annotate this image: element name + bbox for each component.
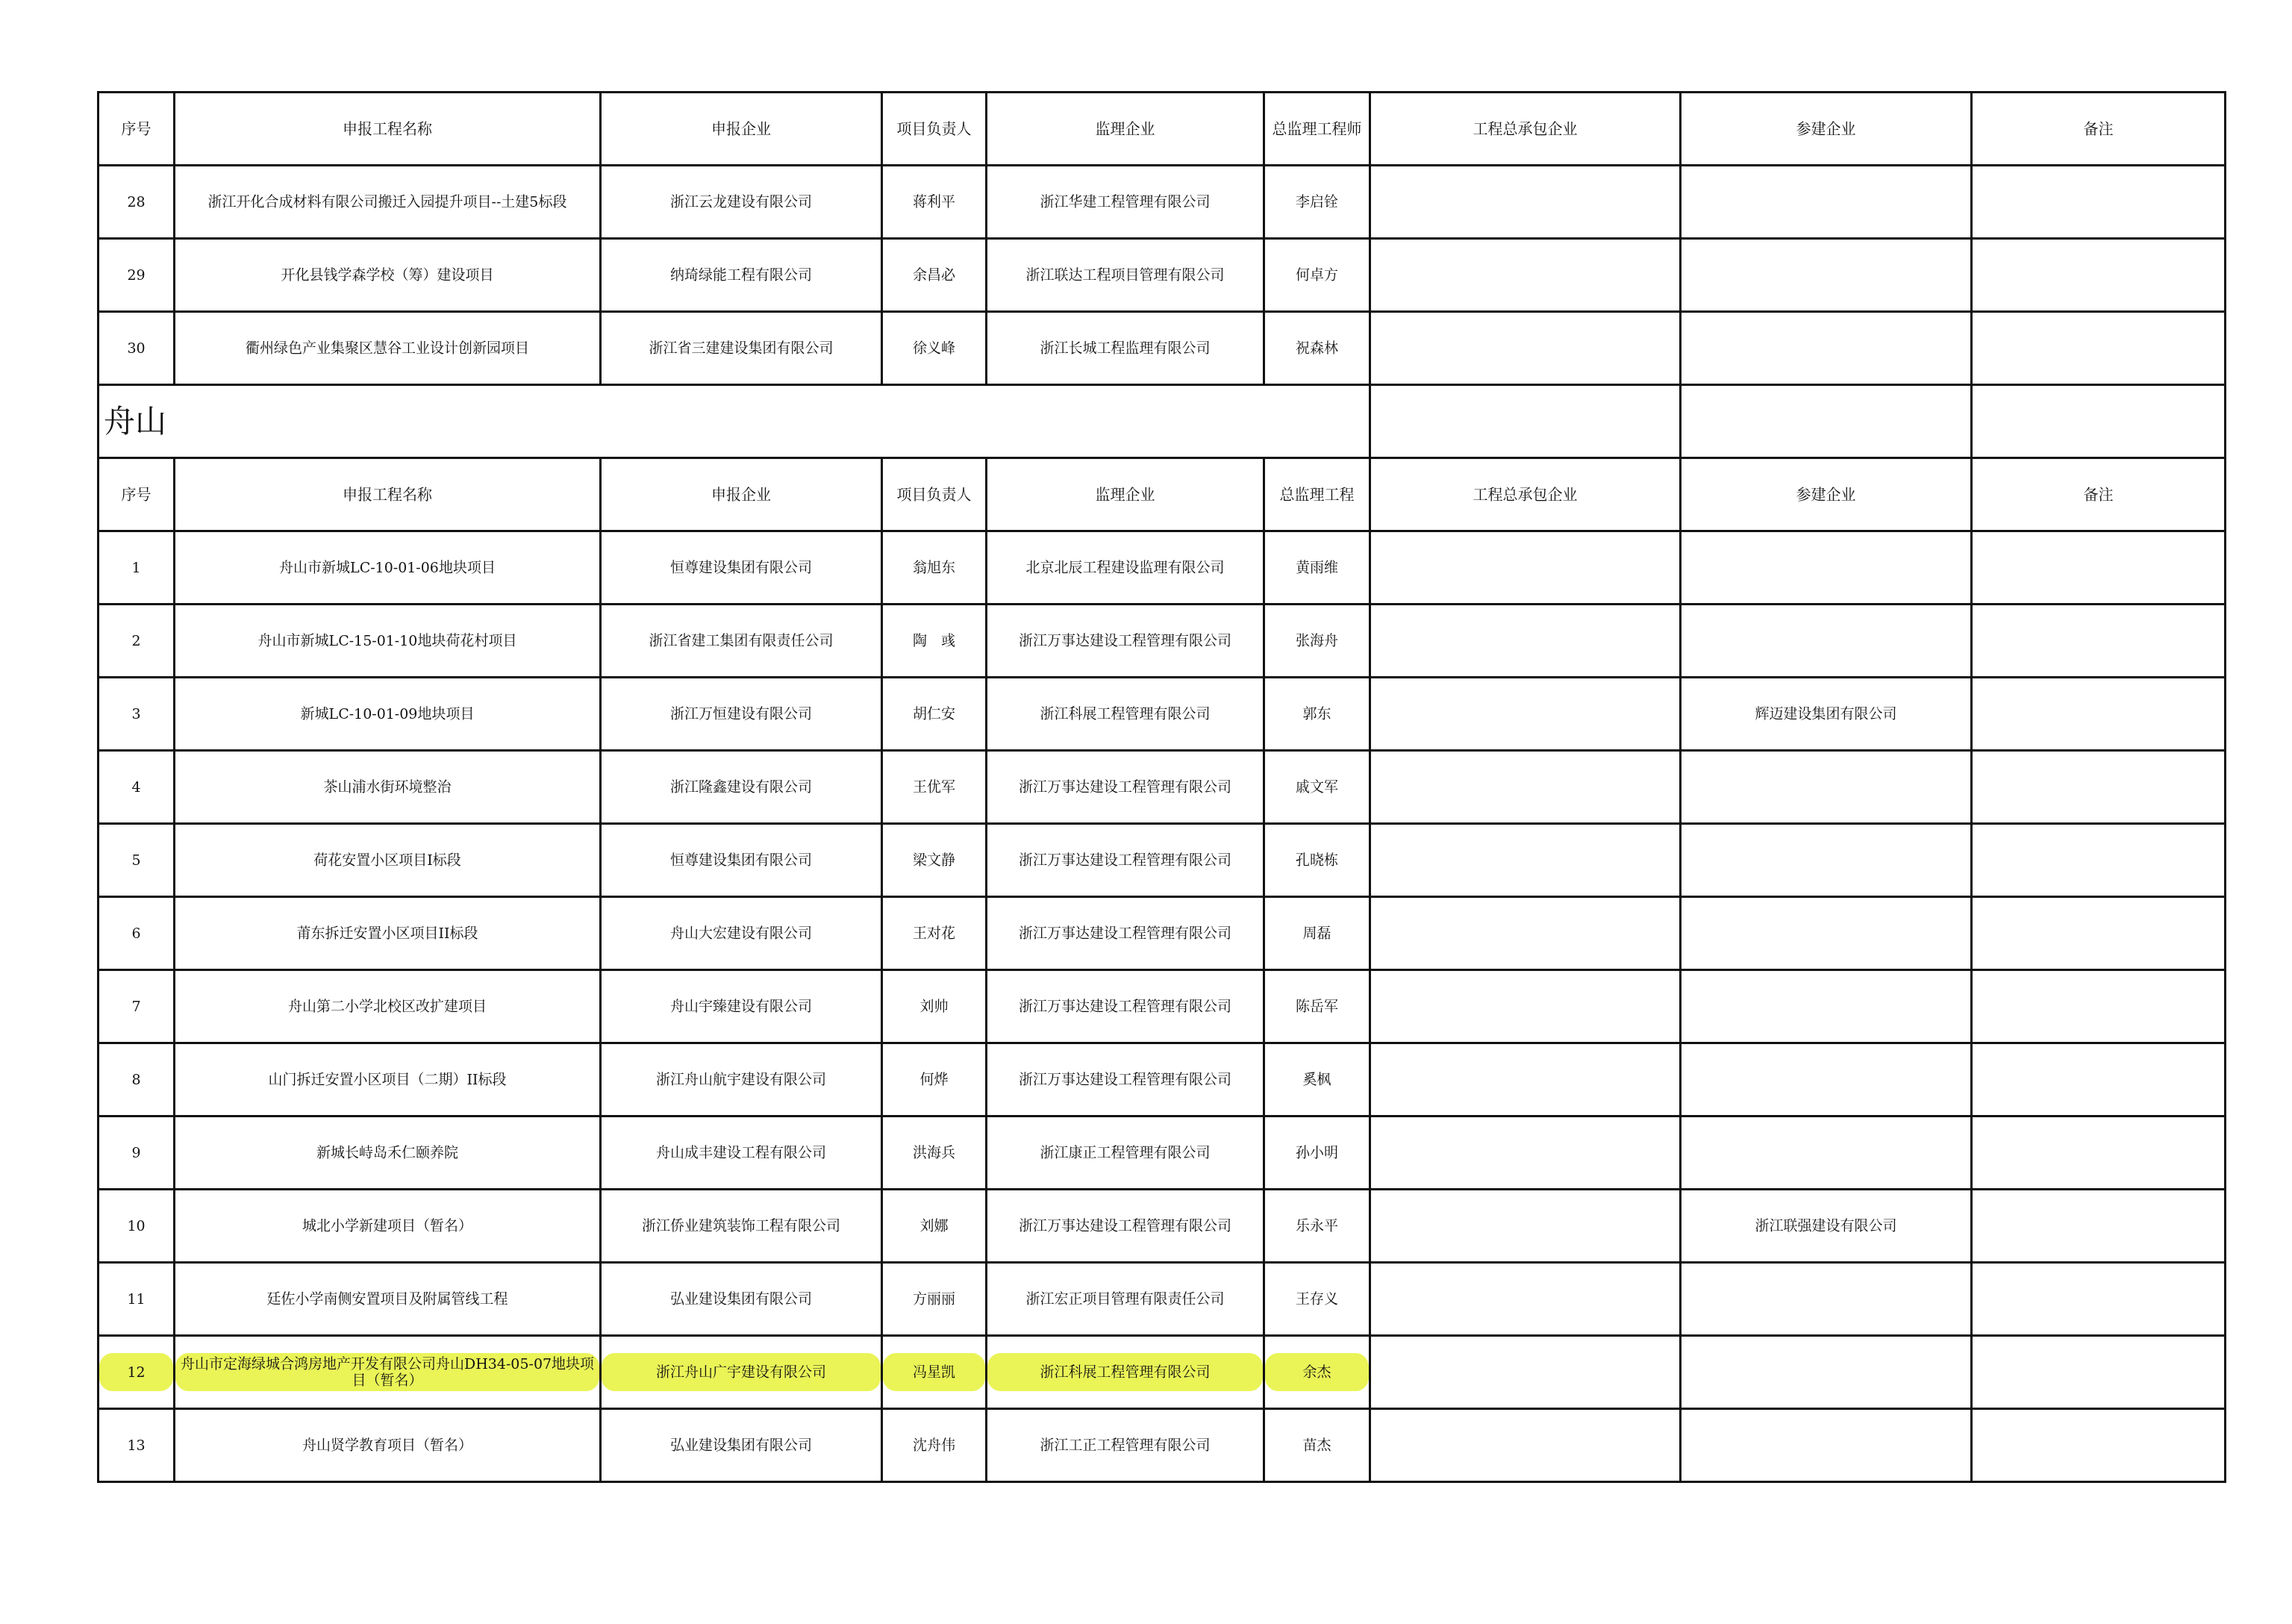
header-manager: 项目负责人 <box>882 93 987 166</box>
cell-manager: 何烨 <box>882 1043 987 1116</box>
cell-seq: 11 <box>99 1263 175 1336</box>
applicant-text: 弘业建设集团有限公司 <box>670 1437 812 1454</box>
cell-epc-contractor <box>1370 1116 1681 1190</box>
cell-remark <box>1972 605 2226 678</box>
supervisor-text: 浙江万事达建设工程管理有限公司 <box>1019 852 1231 869</box>
seq-text: 29 <box>127 267 145 284</box>
cell-manager: 陶 彧 <box>882 605 987 678</box>
cell-supervisor: 浙江万事达建设工程管理有限公司 <box>987 897 1264 970</box>
cell-supervisor: 浙江万事达建设工程管理有限公司 <box>987 751 1264 824</box>
cell-seq: 2 <box>99 605 175 678</box>
applicant-text: 弘业建设集团有限公司 <box>670 1291 812 1308</box>
cell-epc-contractor <box>1370 1190 1681 1263</box>
supervisor-text: 浙江科展工程管理有限公司 <box>1040 706 1210 722</box>
chief-engineer-text: 孔晓栋 <box>1296 852 1338 869</box>
seq-text: 4 <box>131 779 140 796</box>
supervisor-text: 浙江万事达建设工程管理有限公司 <box>1019 925 1231 942</box>
applicant-text: 舟山成丰建设工程有限公司 <box>656 1145 826 1161</box>
cell-seq: 6 <box>99 897 175 970</box>
chief-engineer-text: 孙小明 <box>1296 1145 1338 1161</box>
cell-remark <box>1972 1116 2226 1190</box>
supervisor-text: 浙江万事达建设工程管理有限公司 <box>1019 1072 1231 1088</box>
cell-project-name: 舟山市新城LC-10-01-06地块项目 <box>175 531 601 605</box>
chief-engineer-text: 何卓方 <box>1296 267 1338 284</box>
cell-remark <box>1972 678 2226 751</box>
table-row: 1舟山市新城LC-10-01-06地块项目恒尊建设集团有限公司翁旭东北京北辰工程… <box>99 531 2226 605</box>
manager-text: 梁文静 <box>913 852 955 869</box>
cell-remark <box>1972 824 2226 897</box>
cell-partner <box>1681 1336 1972 1409</box>
cell-epc-contractor <box>1370 531 1681 605</box>
table-row: 3新城LC-10-01-09地块项目浙江万恒建设有限公司胡仁安浙江科展工程管理有… <box>99 678 2226 751</box>
project-name-text: 新城LC-10-01-09地块项目 <box>301 706 475 722</box>
cell-remark <box>1972 531 2226 605</box>
cell-applicant: 弘业建设集团有限公司 <box>601 1263 882 1336</box>
applicant-text: 浙江舟山广宇建设有限公司 <box>656 1364 826 1381</box>
cell-remark <box>1972 239 2226 312</box>
cell-partner: 浙江联强建设有限公司 <box>1681 1190 1972 1263</box>
header-applicant: 申报企业 <box>601 93 882 166</box>
cell-chief-engineer: 何卓方 <box>1264 239 1370 312</box>
partner-text: 辉迈建设集团有限公司 <box>1755 706 1896 722</box>
cell-manager: 刘帅 <box>882 970 987 1043</box>
manager-text: 王优军 <box>913 779 955 796</box>
applicant-text: 浙江侨业建筑装饰工程有限公司 <box>642 1218 840 1234</box>
header-supervisor: 监理企业 <box>987 458 1264 531</box>
cell-chief-engineer: 奚枫 <box>1264 1043 1370 1116</box>
manager-text: 蒋利平 <box>913 194 955 210</box>
header-seq: 序号 <box>99 458 175 531</box>
cell-partner: 辉迈建设集团有限公司 <box>1681 678 1972 751</box>
table-row: 2舟山市新城LC-15-01-10地块荷花村项目浙江省建工集团有限责任公司陶 彧… <box>99 605 2226 678</box>
header-project-name: 申报工程名称 <box>175 93 601 166</box>
cell-manager: 蒋利平 <box>882 166 987 239</box>
supervisor-text: 浙江宏正项目管理有限责任公司 <box>1025 1291 1224 1308</box>
empty-cell <box>1370 385 1681 458</box>
cell-manager: 洪海兵 <box>882 1116 987 1190</box>
applicant-text: 浙江隆鑫建设有限公司 <box>670 779 812 796</box>
seq-text: 9 <box>131 1145 140 1161</box>
cell-manager: 胡仁安 <box>882 678 987 751</box>
table-row: 9新城长峙岛禾仁颐养院舟山成丰建设工程有限公司洪海兵浙江康正工程管理有限公司孙小… <box>99 1116 2226 1190</box>
cell-partner <box>1681 970 1972 1043</box>
cell-applicant: 舟山成丰建设工程有限公司 <box>601 1116 882 1190</box>
project-name-text: 山门拆迁安置小区项目（二期）II标段 <box>268 1072 506 1088</box>
supervisor-text: 浙江工正工程管理有限公司 <box>1040 1437 1210 1454</box>
cell-project-name: 茶山浦水街环境整治 <box>175 751 601 824</box>
cell-supervisor: 浙江联达工程项目管理有限公司 <box>987 239 1264 312</box>
cell-seq: 8 <box>99 1043 175 1116</box>
cell-applicant: 纳琦绿能工程有限公司 <box>601 239 882 312</box>
cell-chief-engineer: 祝森林 <box>1264 312 1370 385</box>
cell-epc-contractor <box>1370 605 1681 678</box>
cell-remark <box>1972 1043 2226 1116</box>
cell-remark <box>1972 897 2226 970</box>
applicant-text: 浙江省建工集团有限责任公司 <box>649 633 833 649</box>
cell-remark <box>1972 1409 2226 1482</box>
cell-chief-engineer: 郭东 <box>1264 678 1370 751</box>
chief-engineer-text: 郭东 <box>1302 706 1331 722</box>
project-name-text: 舟山贤学教育项目（暂名） <box>302 1437 472 1454</box>
cell-manager: 徐义峰 <box>882 312 987 385</box>
cell-project-name: 舟山第二小学北校区改扩建项目 <box>175 970 601 1043</box>
cell-project-name: 舟山贤学教育项目（暂名） <box>175 1409 601 1482</box>
applicant-text: 舟山宇臻建设有限公司 <box>670 999 812 1015</box>
seq-text: 5 <box>131 852 140 869</box>
cell-epc-contractor <box>1370 970 1681 1043</box>
cell-chief-engineer: 苗杰 <box>1264 1409 1370 1482</box>
chief-engineer-text: 李启铨 <box>1296 194 1338 210</box>
cell-applicant: 浙江云龙建设有限公司 <box>601 166 882 239</box>
cell-project-name: 衢州绿色产业集聚区慧谷工业设计创新园项目 <box>175 312 601 385</box>
cell-seq: 9 <box>99 1116 175 1190</box>
chief-engineer-text: 陈岳军 <box>1296 999 1338 1015</box>
seq-text: 30 <box>127 340 145 357</box>
cell-supervisor: 浙江科展工程管理有限公司 <box>987 1336 1264 1409</box>
project-name-text: 开化县钱学森学校（筹）建设项目 <box>281 267 493 284</box>
cell-seq: 5 <box>99 824 175 897</box>
cell-applicant: 浙江省三建建设集团有限公司 <box>601 312 882 385</box>
cell-applicant: 恒尊建设集团有限公司 <box>601 531 882 605</box>
cell-project-name: 舟山市定海绿城合鸿房地产开发有限公司舟山DH34-05-07地块项目（暂名） <box>175 1336 601 1409</box>
applicant-text: 浙江省三建建设集团有限公司 <box>649 340 833 357</box>
header-project-name: 申报工程名称 <box>175 458 601 531</box>
cell-chief-engineer: 王存义 <box>1264 1263 1370 1336</box>
cell-seq: 1 <box>99 531 175 605</box>
header-seq: 序号 <box>99 93 175 166</box>
header-partner: 参建企业 <box>1681 458 1972 531</box>
project-name-text: 舟山市新城LC-10-01-06地块项目 <box>279 560 496 576</box>
cell-epc-contractor <box>1370 751 1681 824</box>
cell-partner <box>1681 824 1972 897</box>
cell-chief-engineer: 余杰 <box>1264 1336 1370 1409</box>
cell-manager: 冯星凯 <box>882 1336 987 1409</box>
manager-text: 洪海兵 <box>913 1145 955 1161</box>
manager-text: 何烨 <box>919 1072 948 1088</box>
chief-engineer-text: 周磊 <box>1302 925 1331 942</box>
cell-supervisor: 浙江长城工程监理有限公司 <box>987 312 1264 385</box>
cell-applicant: 浙江隆鑫建设有限公司 <box>601 751 882 824</box>
cell-remark <box>1972 166 2226 239</box>
cell-manager: 王对花 <box>882 897 987 970</box>
cell-manager: 余昌必 <box>882 239 987 312</box>
supervisor-text: 浙江万事达建设工程管理有限公司 <box>1019 999 1231 1015</box>
chief-engineer-text: 黄雨维 <box>1296 560 1338 576</box>
header-supervisor: 监理企业 <box>987 93 1264 166</box>
cell-project-name: 浙江开化合成材料有限公司搬迁入园提升项目--土建5标段 <box>175 166 601 239</box>
cell-supervisor: 浙江万事达建设工程管理有限公司 <box>987 605 1264 678</box>
cell-supervisor: 浙江康正工程管理有限公司 <box>987 1116 1264 1190</box>
cell-remark <box>1972 970 2226 1043</box>
partner-text: 浙江联强建设有限公司 <box>1755 1218 1896 1234</box>
cell-supervisor: 浙江万事达建设工程管理有限公司 <box>987 1190 1264 1263</box>
header-epc-contractor: 工程总承包企业 <box>1370 458 1681 531</box>
seq-text: 7 <box>131 999 140 1015</box>
cell-project-name: 开化县钱学森学校（筹）建设项目 <box>175 239 601 312</box>
cell-epc-contractor <box>1370 1263 1681 1336</box>
manager-text: 刘帅 <box>919 999 948 1015</box>
cell-project-name: 山门拆迁安置小区项目（二期）II标段 <box>175 1043 601 1116</box>
applicant-text: 舟山大宏建设有限公司 <box>670 925 812 942</box>
cell-seq: 29 <box>99 239 175 312</box>
cell-remark <box>1972 312 2226 385</box>
seq-text: 3 <box>131 706 140 722</box>
table-row: 30衢州绿色产业集聚区慧谷工业设计创新园项目浙江省三建建设集团有限公司徐义峰浙江… <box>99 312 2226 385</box>
cell-partner <box>1681 239 1972 312</box>
chief-engineer-text: 王存义 <box>1296 1291 1338 1308</box>
empty-cell <box>1972 385 2226 458</box>
applicant-text: 恒尊建设集团有限公司 <box>670 560 812 576</box>
table-row: 13舟山贤学教育项目（暂名）弘业建设集团有限公司沈舟伟浙江工正工程管理有限公司苗… <box>99 1409 2226 1482</box>
cell-remark <box>1972 1263 2226 1336</box>
cell-supervisor: 浙江万事达建设工程管理有限公司 <box>987 1043 1264 1116</box>
table-row: 8山门拆迁安置小区项目（二期）II标段浙江舟山航宇建设有限公司何烨浙江万事达建设… <box>99 1043 2226 1116</box>
cell-seq: 30 <box>99 312 175 385</box>
supervisor-text: 浙江科展工程管理有限公司 <box>1040 1364 1210 1381</box>
cell-epc-contractor <box>1370 312 1681 385</box>
project-name-text: 茶山浦水街环境整治 <box>323 779 451 796</box>
cell-chief-engineer: 周磊 <box>1264 897 1370 970</box>
header-chief-engineer: 总监理工程 <box>1264 458 1370 531</box>
cell-project-name: 舟山市新城LC-15-01-10地块荷花村项目 <box>175 605 601 678</box>
cell-partner <box>1681 166 1972 239</box>
seq-text: 6 <box>131 925 140 942</box>
header-row-quzhou: 序号申报工程名称申报企业项目负责人监理企业总监理工程师工程总承包企业参建企业备注 <box>99 93 2226 166</box>
cell-chief-engineer: 黄雨维 <box>1264 531 1370 605</box>
supervisor-text: 浙江万事达建设工程管理有限公司 <box>1019 1218 1231 1234</box>
section-title: 舟山 <box>99 385 1370 458</box>
seq-text: 12 <box>127 1364 145 1381</box>
cell-epc-contractor <box>1370 1336 1681 1409</box>
chief-engineer-text: 戚文军 <box>1296 779 1338 796</box>
cell-epc-contractor <box>1370 824 1681 897</box>
cell-epc-contractor <box>1370 897 1681 970</box>
manager-text: 刘娜 <box>919 1218 948 1234</box>
manager-text: 余昌必 <box>913 267 955 284</box>
cell-chief-engineer: 孙小明 <box>1264 1116 1370 1190</box>
chief-engineer-text: 奚枫 <box>1302 1072 1331 1088</box>
cell-project-name: 新城LC-10-01-09地块项目 <box>175 678 601 751</box>
applicant-text: 浙江万恒建设有限公司 <box>670 706 812 722</box>
cell-applicant: 浙江侨业建筑装饰工程有限公司 <box>601 1190 882 1263</box>
header-manager: 项目负责人 <box>882 458 987 531</box>
manager-text: 方丽丽 <box>913 1291 955 1308</box>
cell-chief-engineer: 戚文军 <box>1264 751 1370 824</box>
cell-partner <box>1681 1116 1972 1190</box>
manager-text: 陶 彧 <box>913 633 955 649</box>
chief-engineer-text: 余杰 <box>1302 1364 1331 1381</box>
project-name-text: 舟山市新城LC-15-01-10地块荷花村项目 <box>258 633 517 649</box>
supervisor-text: 浙江华建工程管理有限公司 <box>1040 194 1210 210</box>
cell-epc-contractor <box>1370 1409 1681 1482</box>
cell-chief-engineer: 陈岳军 <box>1264 970 1370 1043</box>
cell-applicant: 恒尊建设集团有限公司 <box>601 824 882 897</box>
cell-project-name: 城北小学新建项目（暂名） <box>175 1190 601 1263</box>
manager-text: 翁旭东 <box>913 560 955 576</box>
cell-partner <box>1681 531 1972 605</box>
seq-text: 11 <box>127 1291 145 1308</box>
cell-supervisor: 北京北辰工程建设监理有限公司 <box>987 531 1264 605</box>
cell-manager: 方丽丽 <box>882 1263 987 1336</box>
cell-applicant: 浙江省建工集团有限责任公司 <box>601 605 882 678</box>
table-row: 11廷佐小学南侧安置项目及附属管线工程弘业建设集团有限公司方丽丽浙江宏正项目管理… <box>99 1263 2226 1336</box>
table-row: 5荷花安置小区项目I标段恒尊建设集团有限公司梁文静浙江万事达建设工程管理有限公司… <box>99 824 2226 897</box>
seq-text: 2 <box>131 633 140 649</box>
table-row: 29开化县钱学森学校（筹）建设项目纳琦绿能工程有限公司余昌必浙江联达工程项目管理… <box>99 239 2226 312</box>
cell-remark <box>1972 1190 2226 1263</box>
header-remark: 备注 <box>1972 458 2226 531</box>
chief-engineer-text: 祝森林 <box>1296 340 1338 357</box>
cell-remark <box>1972 1336 2226 1409</box>
manager-text: 胡仁安 <box>913 706 955 722</box>
table-row: 28浙江开化合成材料有限公司搬迁入园提升项目--土建5标段浙江云龙建设有限公司蒋… <box>99 166 2226 239</box>
cell-applicant: 浙江万恒建设有限公司 <box>601 678 882 751</box>
cell-seq: 4 <box>99 751 175 824</box>
chief-engineer-text: 张海舟 <box>1296 633 1338 649</box>
seq-text: 28 <box>127 194 145 210</box>
supervisor-text: 浙江康正工程管理有限公司 <box>1040 1145 1210 1161</box>
manager-text: 沈舟伟 <box>913 1437 955 1454</box>
table-row: 7舟山第二小学北校区改扩建项目舟山宇臻建设有限公司刘帅浙江万事达建设工程管理有限… <box>99 970 2226 1043</box>
supervisor-text: 北京北辰工程建设监理有限公司 <box>1025 560 1224 576</box>
cell-partner <box>1681 605 1972 678</box>
cell-seq: 3 <box>99 678 175 751</box>
manager-text: 徐义峰 <box>913 340 955 357</box>
cell-partner <box>1681 751 1972 824</box>
cell-applicant: 舟山大宏建设有限公司 <box>601 897 882 970</box>
empty-cell <box>1681 385 1972 458</box>
cell-supervisor: 浙江万事达建设工程管理有限公司 <box>987 970 1264 1043</box>
cell-seq: 28 <box>99 166 175 239</box>
project-name-text: 新城长峙岛禾仁颐养院 <box>316 1145 458 1161</box>
cell-project-name: 新城长峙岛禾仁颐养院 <box>175 1116 601 1190</box>
cell-chief-engineer: 张海舟 <box>1264 605 1370 678</box>
cell-epc-contractor <box>1370 1043 1681 1116</box>
cell-applicant: 弘业建设集团有限公司 <box>601 1409 882 1482</box>
applicant-text: 恒尊建设集团有限公司 <box>670 852 812 869</box>
project-name-text: 舟山市定海绿城合鸿房地产开发有限公司舟山DH34-05-07地块项目（暂名） <box>181 1356 594 1389</box>
cell-partner <box>1681 1263 1972 1336</box>
seq-text: 13 <box>127 1437 145 1454</box>
supervisor-text: 浙江万事达建设工程管理有限公司 <box>1019 779 1231 796</box>
project-name-text: 舟山第二小学北校区改扩建项目 <box>288 999 487 1015</box>
cell-seq: 13 <box>99 1409 175 1482</box>
cell-epc-contractor <box>1370 166 1681 239</box>
cell-epc-contractor <box>1370 678 1681 751</box>
cell-supervisor: 浙江宏正项目管理有限责任公司 <box>987 1263 1264 1336</box>
cell-partner <box>1681 312 1972 385</box>
table-row: 12舟山市定海绿城合鸿房地产开发有限公司舟山DH34-05-07地块项目（暂名）… <box>99 1336 2226 1409</box>
cell-seq: 10 <box>99 1190 175 1263</box>
project-name-text: 荷花安置小区项目I标段 <box>313 852 461 869</box>
cell-chief-engineer: 李启铨 <box>1264 166 1370 239</box>
project-name-text: 衢州绿色产业集聚区慧谷工业设计创新园项目 <box>246 340 529 357</box>
cell-remark <box>1972 751 2226 824</box>
supervisor-text: 浙江联达工程项目管理有限公司 <box>1025 267 1224 284</box>
seq-text: 1 <box>131 560 140 576</box>
cell-applicant: 浙江舟山广宇建设有限公司 <box>601 1336 882 1409</box>
manager-text: 王对花 <box>913 925 955 942</box>
header-row-zhoushan: 序号申报工程名称申报企业项目负责人监理企业总监理工程工程总承包企业参建企业备注 <box>99 458 2226 531</box>
project-name-text: 莆东拆迁安置小区项目II标段 <box>296 925 478 942</box>
supervisor-text: 浙江万事达建设工程管理有限公司 <box>1019 633 1231 649</box>
table-row: 4茶山浦水街环境整治浙江隆鑫建设有限公司王优军浙江万事达建设工程管理有限公司戚文… <box>99 751 2226 824</box>
cell-supervisor: 浙江工正工程管理有限公司 <box>987 1409 1264 1482</box>
cell-project-name: 廷佐小学南侧安置项目及附属管线工程 <box>175 1263 601 1336</box>
seq-text: 8 <box>131 1072 140 1088</box>
cell-partner <box>1681 1043 1972 1116</box>
header-remark: 备注 <box>1972 93 2226 166</box>
cell-manager: 沈舟伟 <box>882 1409 987 1482</box>
cell-manager: 梁文静 <box>882 824 987 897</box>
manager-text: 冯星凯 <box>913 1364 955 1381</box>
cell-manager: 翁旭东 <box>882 531 987 605</box>
cell-chief-engineer: 孔晓栋 <box>1264 824 1370 897</box>
header-partner: 参建企业 <box>1681 93 1972 166</box>
header-applicant: 申报企业 <box>601 458 882 531</box>
project-name-text: 浙江开化合成材料有限公司搬迁入园提升项目--土建5标段 <box>208 194 567 210</box>
project-name-text: 城北小学新建项目（暂名） <box>302 1218 472 1234</box>
applicant-text: 浙江舟山航宇建设有限公司 <box>656 1072 826 1088</box>
cell-seq: 12 <box>99 1336 175 1409</box>
chief-engineer-text: 苗杰 <box>1302 1437 1331 1454</box>
applicant-text: 纳琦绿能工程有限公司 <box>670 267 812 284</box>
cell-partner <box>1681 897 1972 970</box>
supervisor-text: 浙江长城工程监理有限公司 <box>1040 340 1210 357</box>
cell-manager: 刘娜 <box>882 1190 987 1263</box>
cell-partner <box>1681 1409 1972 1482</box>
header-chief-engineer: 总监理工程师 <box>1264 93 1370 166</box>
cell-chief-engineer: 乐永平 <box>1264 1190 1370 1263</box>
section-row-zhoushan: 舟山 <box>99 385 2226 458</box>
cell-project-name: 荷花安置小区项目I标段 <box>175 824 601 897</box>
chief-engineer-text: 乐永平 <box>1296 1218 1338 1234</box>
cell-seq: 7 <box>99 970 175 1043</box>
cell-applicant: 浙江舟山航宇建设有限公司 <box>601 1043 882 1116</box>
cell-applicant: 舟山宇臻建设有限公司 <box>601 970 882 1043</box>
applicant-text: 浙江云龙建设有限公司 <box>670 194 812 210</box>
cell-epc-contractor <box>1370 239 1681 312</box>
seq-text: 10 <box>127 1218 145 1234</box>
table-row: 6莆东拆迁安置小区项目II标段舟山大宏建设有限公司王对花浙江万事达建设工程管理有… <box>99 897 2226 970</box>
cell-supervisor: 浙江华建工程管理有限公司 <box>987 166 1264 239</box>
cell-supervisor: 浙江万事达建设工程管理有限公司 <box>987 824 1264 897</box>
project-table: 序号申报工程名称申报企业项目负责人监理企业总监理工程师工程总承包企业参建企业备注… <box>97 91 2226 1483</box>
table-row: 10城北小学新建项目（暂名）浙江侨业建筑装饰工程有限公司刘娜浙江万事达建设工程管… <box>99 1190 2226 1263</box>
project-name-text: 廷佐小学南侧安置项目及附属管线工程 <box>266 1291 508 1308</box>
header-epc-contractor: 工程总承包企业 <box>1370 93 1681 166</box>
cell-project-name: 莆东拆迁安置小区项目II标段 <box>175 897 601 970</box>
cell-manager: 王优军 <box>882 751 987 824</box>
cell-supervisor: 浙江科展工程管理有限公司 <box>987 678 1264 751</box>
